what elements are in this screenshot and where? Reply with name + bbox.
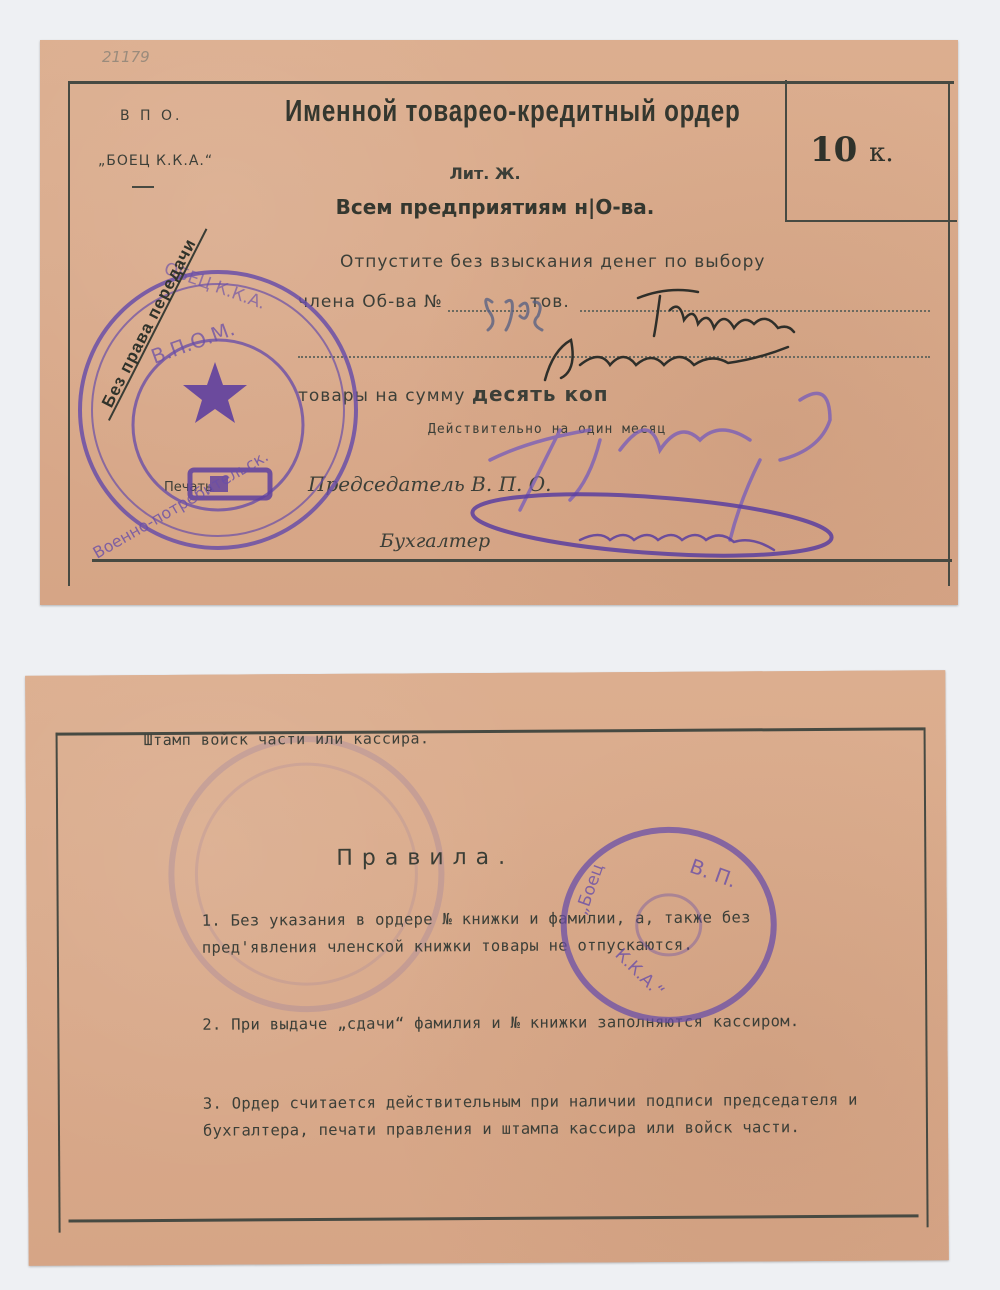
stamp-caption: Штамп войск части или кассира.	[144, 729, 430, 749]
rule-1: 1. Без указания в ордере № книжки и фами…	[122, 904, 872, 963]
rule-2: 2. При выдаче „сдачи“ фамилия и № книжки…	[122, 1008, 872, 1040]
order-front: 21179 В П О. „БОЕЦ К.К.А.“ Именной товар…	[40, 40, 958, 605]
chairman-label: Председатель В. П. О.	[308, 472, 552, 496]
instruction-line: Отпустите без взыскания денег по выбору	[340, 252, 765, 272]
org-divider	[132, 186, 154, 188]
chairman-signature	[490, 393, 830, 540]
document-title: Именной товарео-кредитный ордер	[285, 93, 741, 129]
order-back: Штамп войск части или кассира. Правила. …	[25, 670, 949, 1266]
frame-left-line	[56, 733, 61, 1233]
rule-1-text: 1. Без указания в ордере № книжки и фами…	[122, 904, 872, 963]
frame-left-line	[68, 81, 70, 586]
member-number-field	[448, 310, 526, 312]
svg-text:В.П.О.М.: В.П.О.М.	[148, 316, 238, 368]
back-round-stamp: В. П. „Боец К.К.А.“	[25, 670, 949, 1266]
svg-text:Военно-потребительск.: Военно-потребительск.	[90, 446, 272, 562]
goods-label: товары на сумму	[298, 386, 465, 406]
validity-note: Действительно на один месяц	[428, 422, 666, 437]
accountant-signature	[470, 485, 833, 566]
accountant-label: Бухгалтер	[380, 530, 490, 552]
member-name-field	[580, 310, 930, 312]
denomination-value: 10	[810, 130, 857, 170]
member-label: члена Об-ва №	[298, 292, 443, 312]
org-name: „БОЕЦ К.К.А.“	[98, 153, 213, 169]
member-name-signature	[545, 290, 794, 380]
series-label: Лит. Ж.	[325, 164, 645, 183]
inventory-number: 21179	[102, 48, 150, 66]
ghost-stamp	[25, 670, 949, 1266]
frame-right-line	[924, 727, 929, 1227]
addressee: Всем предприятиям н|О-ва.	[315, 195, 675, 219]
org-abbreviation: В П О.	[120, 108, 183, 124]
svg-text:В. П.: В. П.	[687, 854, 740, 893]
rule-3-text: 3. Ордер считается действительным при на…	[123, 1087, 873, 1146]
no-transfer-stamp: Без права передачи	[98, 235, 201, 411]
rule-3: 3. Ордер считается действительным при на…	[123, 1087, 873, 1146]
seal-label: Печать	[164, 480, 213, 495]
member-name-field-2	[298, 356, 930, 358]
star-emblem-icon	[183, 362, 247, 423]
denomination-unit: к.	[869, 138, 894, 168]
comrade-label: тов.	[530, 292, 570, 312]
frame-bottom-line	[92, 559, 952, 562]
rules-title: Правила.	[336, 845, 514, 871]
frame-bottom-line	[69, 1214, 919, 1222]
goods-amount-line: товары на сумму десять коп	[298, 382, 609, 406]
rule-2-text: 2. При выдаче „сдачи“ фамилия и № книжки…	[122, 1008, 872, 1040]
denomination: 10 к.	[810, 130, 894, 170]
amount-words: десять коп	[472, 382, 609, 406]
